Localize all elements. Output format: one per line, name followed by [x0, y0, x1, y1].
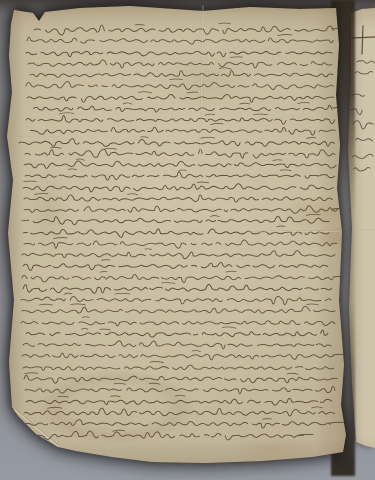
manuscript-photo: Photograph of an aged 16th-century manus…: [0, 0, 375, 480]
manuscript-sheet: [0, 0, 375, 480]
main-sheet-wrap: [0, 0, 375, 480]
handwriting-lines: [0, 0, 375, 480]
